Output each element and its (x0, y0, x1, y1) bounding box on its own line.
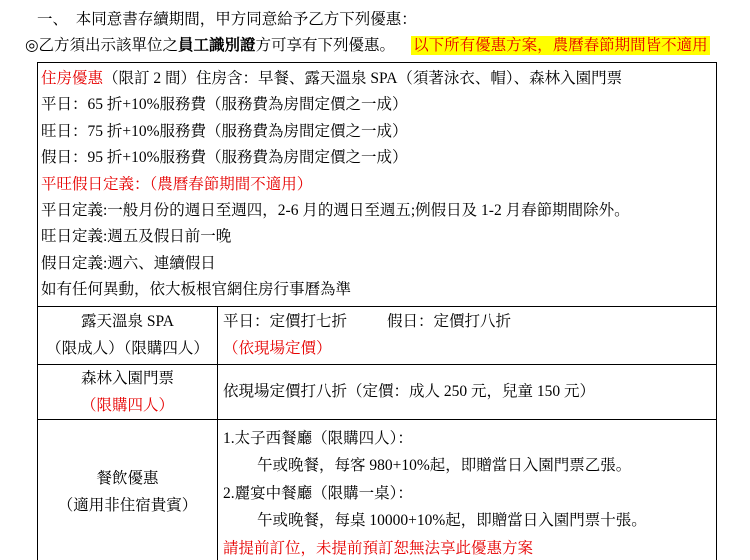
chinese-restaurant-detail: 午或晚餐，每桌 10000+10%起，即贈當日入園門票十張。 (223, 507, 712, 535)
western-restaurant-detail: 午或晚餐，每客 980+10%起，即贈當日入園門票乙張。 (223, 452, 712, 480)
dining-label-cell: 餐飲優惠 （適用非住宿貴賓） (38, 419, 218, 560)
spa-rates-line: 平日：定價打七折假日：定價打八折 (223, 308, 716, 335)
room-discount-title-detail: （限訂 2 間）住房含：早餐、露天溫泉 SPA（須著泳衣、帽）、森林入園門票 (103, 70, 622, 87)
spa-discount-row: 露天溫泉 SPA （限成人）（限購四人） 平日：定價打七折假日：定價打八折 （依… (38, 306, 717, 364)
badge-line-suffix: 方可享有下列優惠。 (256, 37, 396, 54)
room-discount-title-line: 住房優惠（限訂 2 間）住房含：早餐、露天溫泉 SPA（須著泳衣、帽）、森林入園… (41, 66, 712, 92)
employee-badge-bold-text: 員工識別證 (178, 37, 256, 54)
forest-ticket-row: 森林入園門票 （限購四人） 依現場定價打八折（定價：成人 250 元，兒童 15… (38, 364, 717, 419)
spa-holiday-rate: 假日：定價打八折 (387, 313, 511, 330)
spa-weekday-rate: 平日：定價打七折 (223, 313, 347, 330)
weekday-rate-line: 平日：65 折+10%服務費（服務費為房間定價之一成） (41, 92, 712, 118)
peakday-rate-line: 旺日：75 折+10%服務費（服務費為房間定價之一成） (41, 119, 712, 145)
calendar-disclaimer-line: 如有任何異動，依大板根官網住房行事曆為準 (41, 277, 712, 303)
weekday-definition-line: 平日定義:一般月份的週日至週四，2-6 月的週日至週五;例假日及 1-2 月春節… (41, 198, 712, 224)
spa-pricing-note: （依現場定價） (223, 335, 716, 362)
intro-section: 一、 本同意書存續期間，甲方同意給予乙方下列優惠： ◎乙方須出示該單位之員工識別… (0, 0, 750, 59)
western-restaurant-title: 1.太子西餐廳（限購四人）： (223, 425, 712, 453)
room-discount-title: 住房優惠 (41, 70, 103, 87)
day-definition-title: 平旺假日定義：（農曆春節期間不適用） (41, 172, 712, 198)
room-discount-cell: 住房優惠（限訂 2 間）住房含：早餐、露天溫泉 SPA（須著泳衣、帽）、森林入園… (38, 63, 717, 307)
peakday-definition-line: 旺日定義:週五及假日前一晚 (41, 224, 712, 250)
dining-audience: （適用非住宿貴賓） (38, 492, 217, 519)
advance-booking-note: 請提前訂位，未提前預訂恕無法享此優惠方案 (223, 535, 712, 560)
holiday-rate-line: 假日：95 折+10%服務費（服務費為房間定價之一成） (41, 145, 712, 171)
forest-detail-cell: 依現場定價打八折（定價：成人 250 元，兒童 150 元） (218, 364, 717, 419)
spa-label-cell: 露天溫泉 SPA （限成人）（限購四人） (38, 306, 218, 364)
dining-discount-row: 餐飲優惠 （適用非住宿貴賓） 1.太子西餐廳（限購四人）： 午或晚餐，每客 98… (38, 419, 717, 560)
forest-label-cell: 森林入園門票 （限購四人） (38, 364, 218, 419)
forest-label: 森林入園門票 (38, 365, 217, 392)
badge-line-prefix: ◎乙方須出示該單位之 (25, 37, 178, 54)
spring-festival-exclusion-highlight: 以下所有優惠方案，農曆春節期間皆不適用 (411, 36, 710, 55)
holiday-definition-line: 假日定義:週六、連續假日 (41, 251, 712, 277)
chinese-restaurant-title: 2.麗宴中餐廳（限購一桌）： (223, 480, 712, 508)
dining-label: 餐飲優惠 (38, 465, 217, 492)
forest-discount-line: 依現場定價打八折（定價：成人 250 元，兒童 150 元） (223, 378, 716, 405)
spa-restrictions: （限成人）（限購四人） (38, 335, 217, 362)
dining-detail-cell: 1.太子西餐廳（限購四人）： 午或晚餐，每客 980+10%起，即贈當日入園門票… (218, 419, 717, 560)
spa-label: 露天溫泉 SPA (38, 308, 217, 335)
spa-detail-cell: 平日：定價打七折假日：定價打八折 （依現場定價） (218, 306, 717, 364)
employee-badge-requirement-line: ◎乙方須出示該單位之員工識別證方可享有下列優惠。以下所有優惠方案，農曆春節期間皆… (25, 33, 750, 59)
room-discount-row: 住房優惠（限訂 2 間）住房含：早餐、露天溫泉 SPA（須著泳衣、帽）、森林入園… (38, 63, 717, 307)
forest-restriction: （限購四人） (38, 392, 217, 419)
agreement-clause-line: 一、 本同意書存續期間，甲方同意給予乙方下列優惠： (25, 7, 750, 33)
benefits-table: 住房優惠（限訂 2 間）住房含：早餐、露天溫泉 SPA（須著泳衣、帽）、森林入園… (37, 62, 717, 560)
